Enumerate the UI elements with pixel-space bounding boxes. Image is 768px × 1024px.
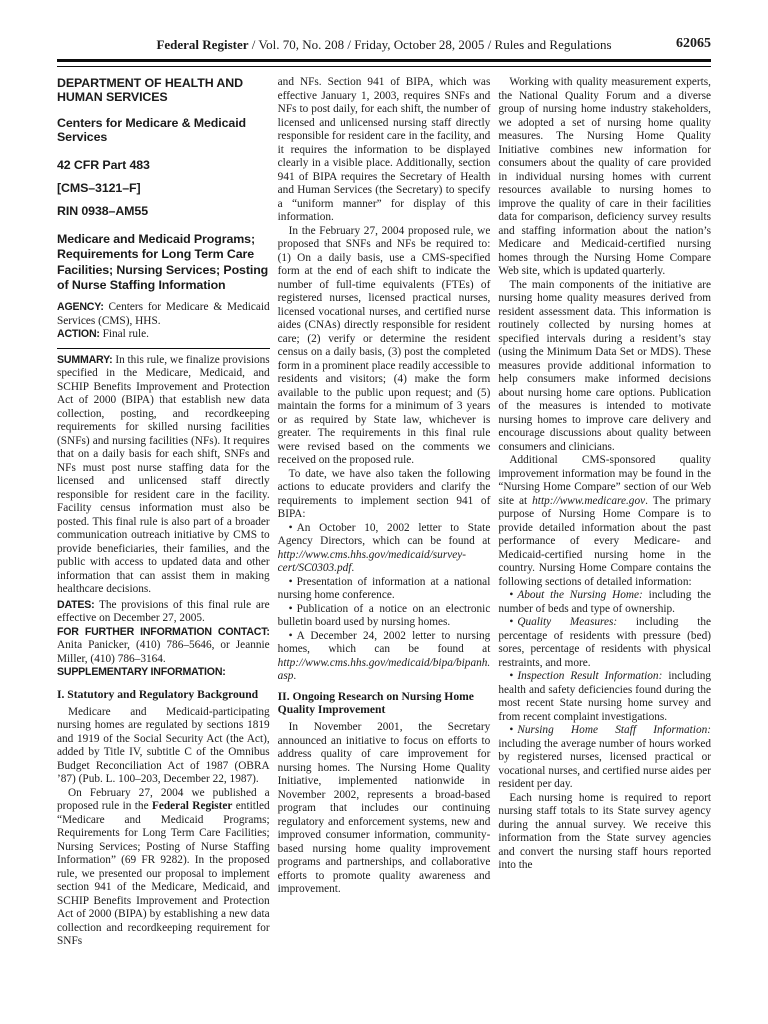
summary-block: SUMMARY: In this rule, we finalize provi…	[57, 354, 270, 597]
paragraph: Additional CMS-sponsored quality improve…	[498, 454, 711, 589]
bullet-text: A December 24, 2002 letter to nursing ho…	[278, 630, 491, 656]
journal-name: Federal Register	[156, 37, 248, 52]
bullet-icon: •	[509, 589, 513, 601]
paragraph: and NFs. Section 941 of BIPA, which was …	[278, 76, 491, 225]
paragraph-text: . The primary purpose of Nursing Home Co…	[498, 495, 711, 588]
summary-text: In this rule, we finalize provisions spe…	[57, 354, 270, 596]
document-title: Medicare and Medicaid Programs; Requirem…	[57, 232, 270, 294]
bullet-icon: •	[289, 522, 293, 534]
paragraph: To date, we have also taken the followin…	[278, 468, 491, 522]
bullet-lead-italic: About the Nursing Home:	[517, 589, 643, 601]
contact-label: FOR FURTHER INFORMATION CONTACT:	[57, 626, 270, 638]
bullet-item: •Publication of a notice on an electroni…	[278, 603, 491, 630]
bullet-text: Presentation of information at a nationa…	[278, 576, 491, 602]
agency-line: AGENCY: Centers for Medicare & Medicaid …	[57, 301, 270, 328]
action-text: Final rule.	[103, 328, 149, 340]
header-rule-thin	[57, 66, 711, 67]
section-2-heading: II. Ongoing Research on Nursing Home Qua…	[278, 690, 491, 718]
page-number: 62065	[676, 36, 711, 52]
bullet-lead-italic: Quality Measures:	[517, 616, 617, 628]
bullet-icon: •	[289, 630, 293, 642]
supplementary-label: SUPPLEMENTARY INFORMATION:	[57, 666, 226, 678]
paragraph: The main components of the initiative ar…	[498, 279, 711, 455]
contact-text: Anita Panicker, (410) 786–5646, or Jeann…	[57, 639, 270, 665]
federal-register-page: Federal Register / Vol. 70, No. 208 / Fr…	[0, 0, 768, 1024]
bullet-icon: •	[509, 670, 513, 682]
column-2: and NFs. Section 941 of BIPA, which was …	[278, 76, 491, 949]
paragraph: Working with quality measurement experts…	[498, 76, 711, 279]
paragraph: Medicare and Medicaid-participating nurs…	[57, 706, 270, 787]
bullet-text: .	[293, 670, 296, 682]
federal-register-bold: Federal Register	[152, 800, 233, 812]
dates-label: DATES:	[57, 599, 94, 611]
docket-number: [CMS–3121–F]	[57, 181, 270, 195]
contact-block: FOR FURTHER INFORMATION CONTACT: Anita P…	[57, 626, 270, 667]
summary-label: SUMMARY:	[57, 354, 112, 366]
bullet-item: •Quality Measures: including the percent…	[498, 616, 711, 670]
bullet-item: •Nursing Home Staff Information: includi…	[498, 724, 711, 792]
page-header: Federal Register / Vol. 70, No. 208 / Fr…	[57, 37, 711, 53]
bullet-text: Publication of a notice on an electronic…	[278, 603, 491, 629]
bullet-item: •About the Nursing Home: including the n…	[498, 589, 711, 616]
paragraph-text: entitled “Medicare and Medicaid Programs…	[57, 800, 270, 947]
three-column-body: DEPARTMENT OF HEALTH AND HUMAN SERVICES …	[57, 76, 711, 949]
bullet-lead-italic: Inspection Result Information:	[517, 670, 662, 682]
column-3: Working with quality measurement experts…	[498, 76, 711, 949]
bullet-item: •A December 24, 2002 letter to nursing h…	[278, 630, 491, 684]
column-1: DEPARTMENT OF HEALTH AND HUMAN SERVICES …	[57, 76, 270, 949]
bullet-item: •Inspection Result Information: includin…	[498, 670, 711, 724]
department-heading: DEPARTMENT OF HEALTH AND HUMAN SERVICES	[57, 76, 270, 105]
paragraph: In November 2001, the Secretary announce…	[278, 721, 491, 897]
bullet-lead-italic: Nursing Home Staff Information:	[517, 724, 711, 736]
dates-block: DATES: The provisions of this final rule…	[57, 599, 270, 626]
bullet-text: An October 10, 2002 letter to State Agen…	[278, 522, 491, 548]
url-text: http://www.cms.hhs.gov/medicaid/bipa/bip…	[278, 657, 491, 683]
header-rule-thick	[57, 59, 711, 62]
url-text: http://www.cms.hhs.gov/medicaid/survey-c…	[278, 549, 466, 575]
bullet-icon: •	[289, 576, 293, 588]
paragraph: Each nursing home is required to report …	[498, 792, 711, 873]
url-text: http://www.medicare.gov	[532, 495, 645, 507]
issue-info: / Vol. 70, No. 208 / Friday, October 28,…	[249, 37, 612, 52]
section-1-heading: I. Statutory and Regulatory Background	[57, 688, 270, 702]
action-line: ACTION: Final rule.	[57, 328, 270, 342]
cfr-part: 42 CFR Part 483	[57, 158, 270, 172]
bullet-item: •An October 10, 2002 letter to State Age…	[278, 522, 491, 576]
bullet-icon: •	[509, 616, 513, 628]
agency-label: AGENCY:	[57, 301, 104, 313]
bullet-text: including the average number of hours wo…	[498, 738, 711, 791]
bullet-item: •Presentation of information at a nation…	[278, 576, 491, 603]
action-label: ACTION:	[57, 328, 100, 340]
rin-number: RIN 0938–AM55	[57, 204, 270, 218]
summary-divider	[57, 348, 270, 349]
bullet-icon: •	[289, 603, 293, 615]
issuing-agency-heading: Centers for Medicare & Medicaid Services	[57, 116, 270, 145]
running-head: Federal Register / Vol. 70, No. 208 / Fr…	[57, 37, 711, 52]
bullet-icon: •	[509, 724, 513, 736]
paragraph: In the February 27, 2004 proposed rule, …	[278, 225, 491, 468]
supplementary-label-block: SUPPLEMENTARY INFORMATION:	[57, 666, 270, 680]
paragraph: On February 27, 2004 we published a prop…	[57, 787, 270, 949]
bullet-text: .	[351, 562, 354, 574]
